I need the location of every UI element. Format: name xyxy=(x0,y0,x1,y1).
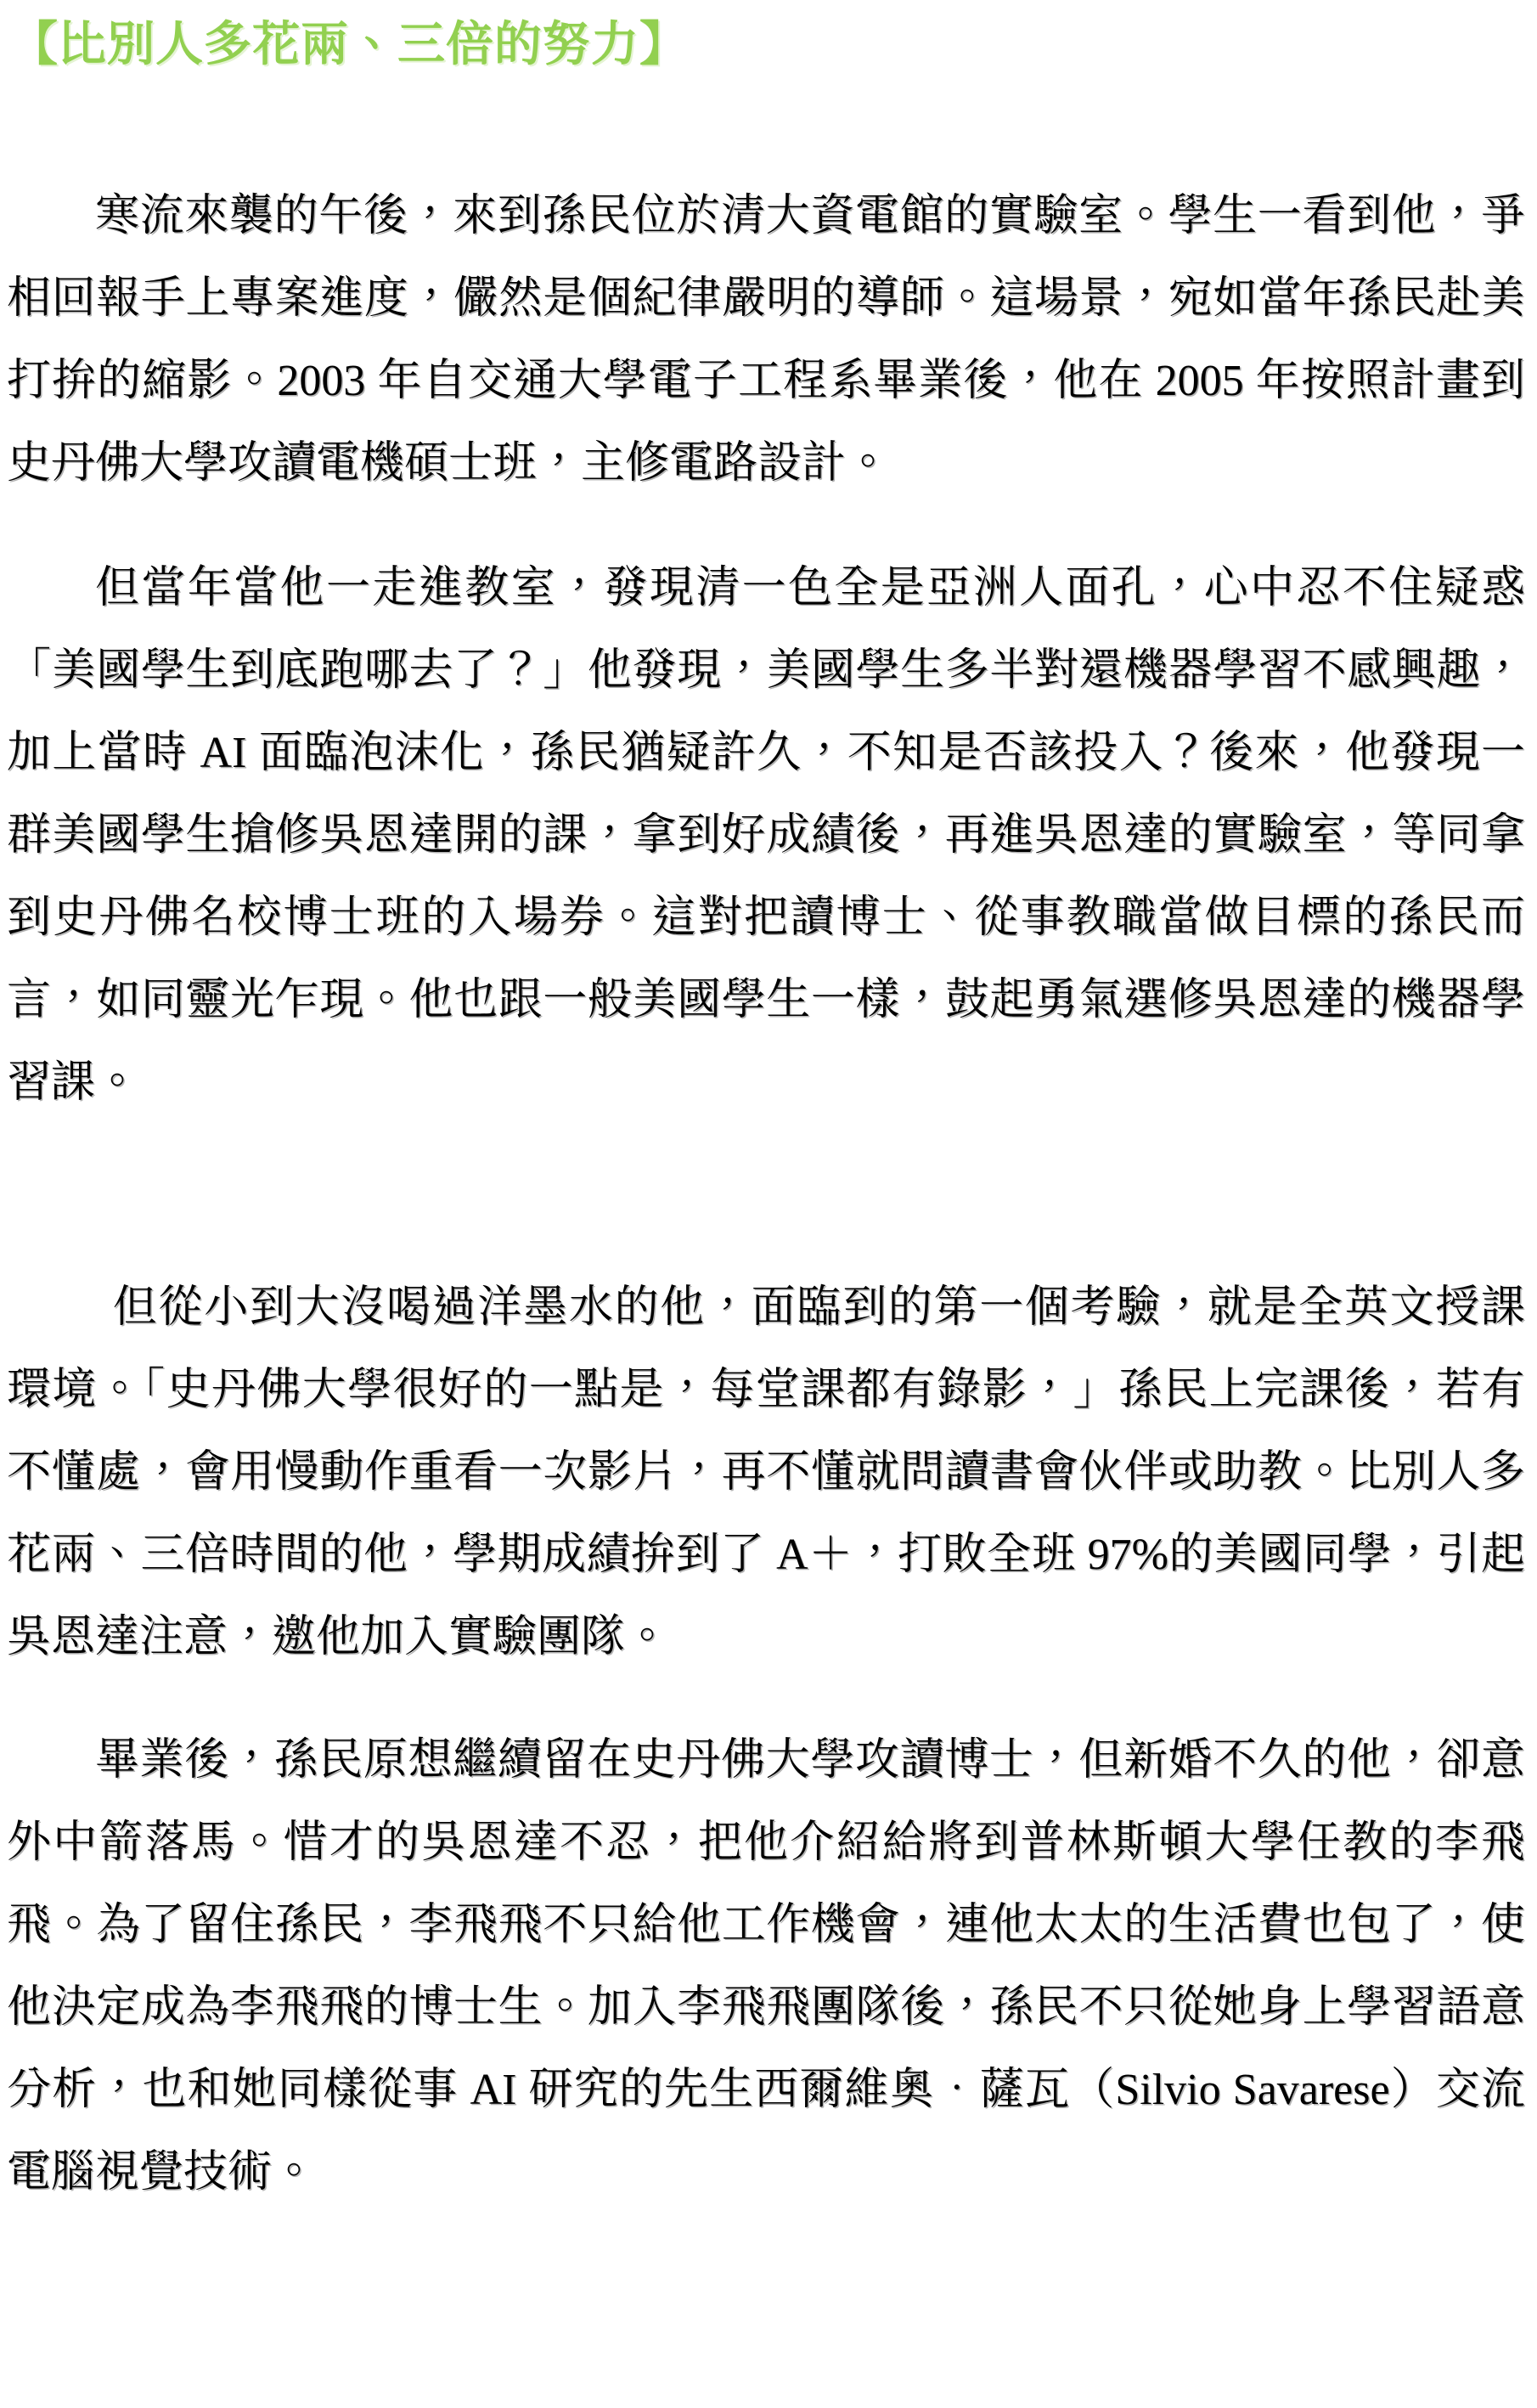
section-heading: 【比別人多花兩、三倍的努力】 xyxy=(10,14,1525,75)
paragraph: 但從小到大沒喝過洋墨水的他，面臨到的第一個考驗，就是全英文授課環境。「史丹佛大學… xyxy=(7,1266,1525,1678)
article-body: 寒流來襲的午後，來到孫民位於清大資電館的實驗室。學生一看到他，爭相回報手上專案進… xyxy=(7,175,1525,2213)
paragraph: 寒流來襲的午後，來到孫民位於清大資電館的實驗室。學生一看到他，爭相回報手上專案進… xyxy=(7,175,1525,505)
document-page: 【比別人多花兩、三倍的努力】 寒流來襲的午後，來到孫民位於清大資電館的實驗室。學… xyxy=(0,0,1537,2408)
paragraph: 畢業後，孫民原想繼續留在史丹佛大學攻讀博士，但新婚不久的他，卻意外中箭落馬。惜才… xyxy=(7,1719,1525,2213)
paragraph: 但當年當他一走進教室，發現清一色全是亞洲人面孔，心中忍不住疑惑「美國學生到底跑哪… xyxy=(7,547,1525,1124)
